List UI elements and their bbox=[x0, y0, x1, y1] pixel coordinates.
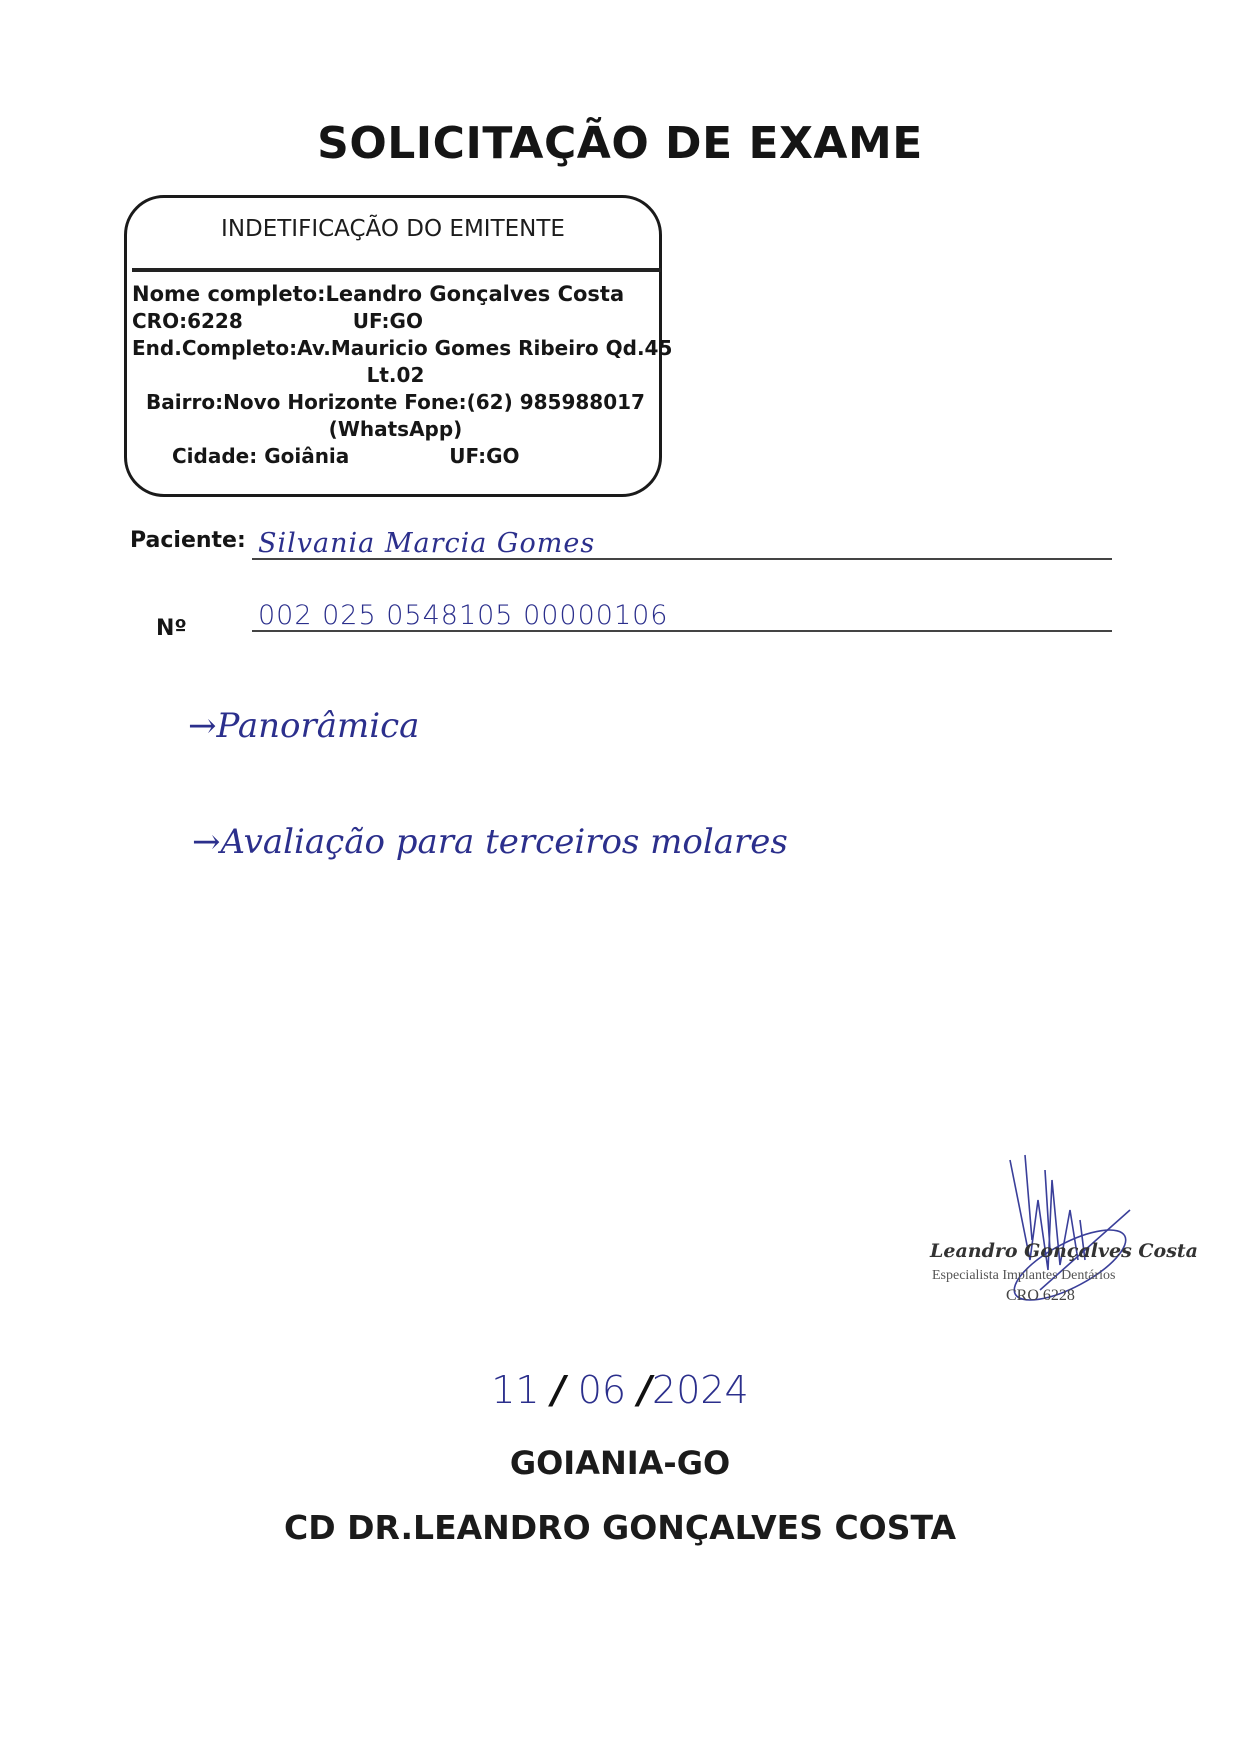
date-year: 2024 bbox=[652, 1368, 749, 1412]
request-date: 11 / 06 /2024 bbox=[0, 1368, 1240, 1412]
emitter-phone-note: (WhatsApp) bbox=[132, 416, 659, 443]
stamp-specialty: Especialista Implantes Dentários bbox=[932, 1268, 1116, 1284]
emitter-address-line2: Lt.02 bbox=[132, 362, 659, 389]
emitter-city: Cidade: Goiânia bbox=[172, 444, 349, 468]
emitter-cro-row: CRO:6228UF:GO bbox=[132, 308, 659, 335]
patient-label: Paciente: bbox=[130, 528, 246, 553]
emitter-address-line1: End.Completo:Av.Mauricio Gomes Ribeiro Q… bbox=[132, 335, 659, 362]
emitter-neighborhood-phone: Bairro:Novo Horizonte Fone:(62) 98598801… bbox=[132, 389, 659, 416]
patient-name: Silvania Marcia Gomes bbox=[258, 528, 595, 559]
date-separator: / bbox=[552, 1368, 566, 1412]
stamp-cro: CRO 6228 bbox=[1006, 1287, 1075, 1305]
date-day: 11 bbox=[491, 1368, 539, 1412]
number-label: Nº bbox=[156, 616, 187, 641]
exam-request-text: Avaliação para terceiros molares bbox=[221, 822, 788, 862]
emitter-box-body: Nome completo:Leandro Gonçalves Costa CR… bbox=[132, 281, 659, 470]
emitter-cro-uf: UF:GO bbox=[353, 308, 423, 335]
emitter-box-divider bbox=[132, 268, 661, 272]
emitter-cro: CRO:6228 bbox=[132, 308, 243, 335]
date-separator: / bbox=[638, 1368, 652, 1412]
stamp-name: Leandro Gonçalves Costa bbox=[930, 1240, 1198, 1262]
signature-scribble-icon bbox=[920, 1140, 1160, 1310]
exam-request-item: →Panorâmica bbox=[188, 706, 419, 746]
document-title: SOLICITAÇÃO DE EXAME bbox=[0, 118, 1240, 169]
emitter-city-uf: UF:GO bbox=[449, 444, 519, 468]
exam-request-item: →Avaliação para terceiros molares bbox=[192, 822, 788, 862]
emitter-identification-box: INDETIFICAÇÃO DO EMITENTE Nome completo:… bbox=[124, 195, 662, 497]
number-value: 002 025 0548105 00000106 bbox=[258, 600, 669, 631]
exam-request-text: Panorâmica bbox=[217, 706, 420, 746]
emitter-box-header: INDETIFICAÇÃO DO EMITENTE bbox=[127, 216, 659, 242]
footer-city: GOIANIA-GO bbox=[0, 1444, 1240, 1482]
arrow-icon: → bbox=[192, 822, 221, 862]
emitter-city-row: Cidade: GoiâniaUF:GO bbox=[132, 443, 659, 470]
footer-doctor: CD DR.LEANDRO GONÇALVES COSTA bbox=[0, 1508, 1240, 1547]
date-month: 06 bbox=[578, 1368, 626, 1412]
arrow-icon: → bbox=[188, 706, 217, 746]
emitter-full-name: Nome completo:Leandro Gonçalves Costa bbox=[132, 281, 659, 308]
